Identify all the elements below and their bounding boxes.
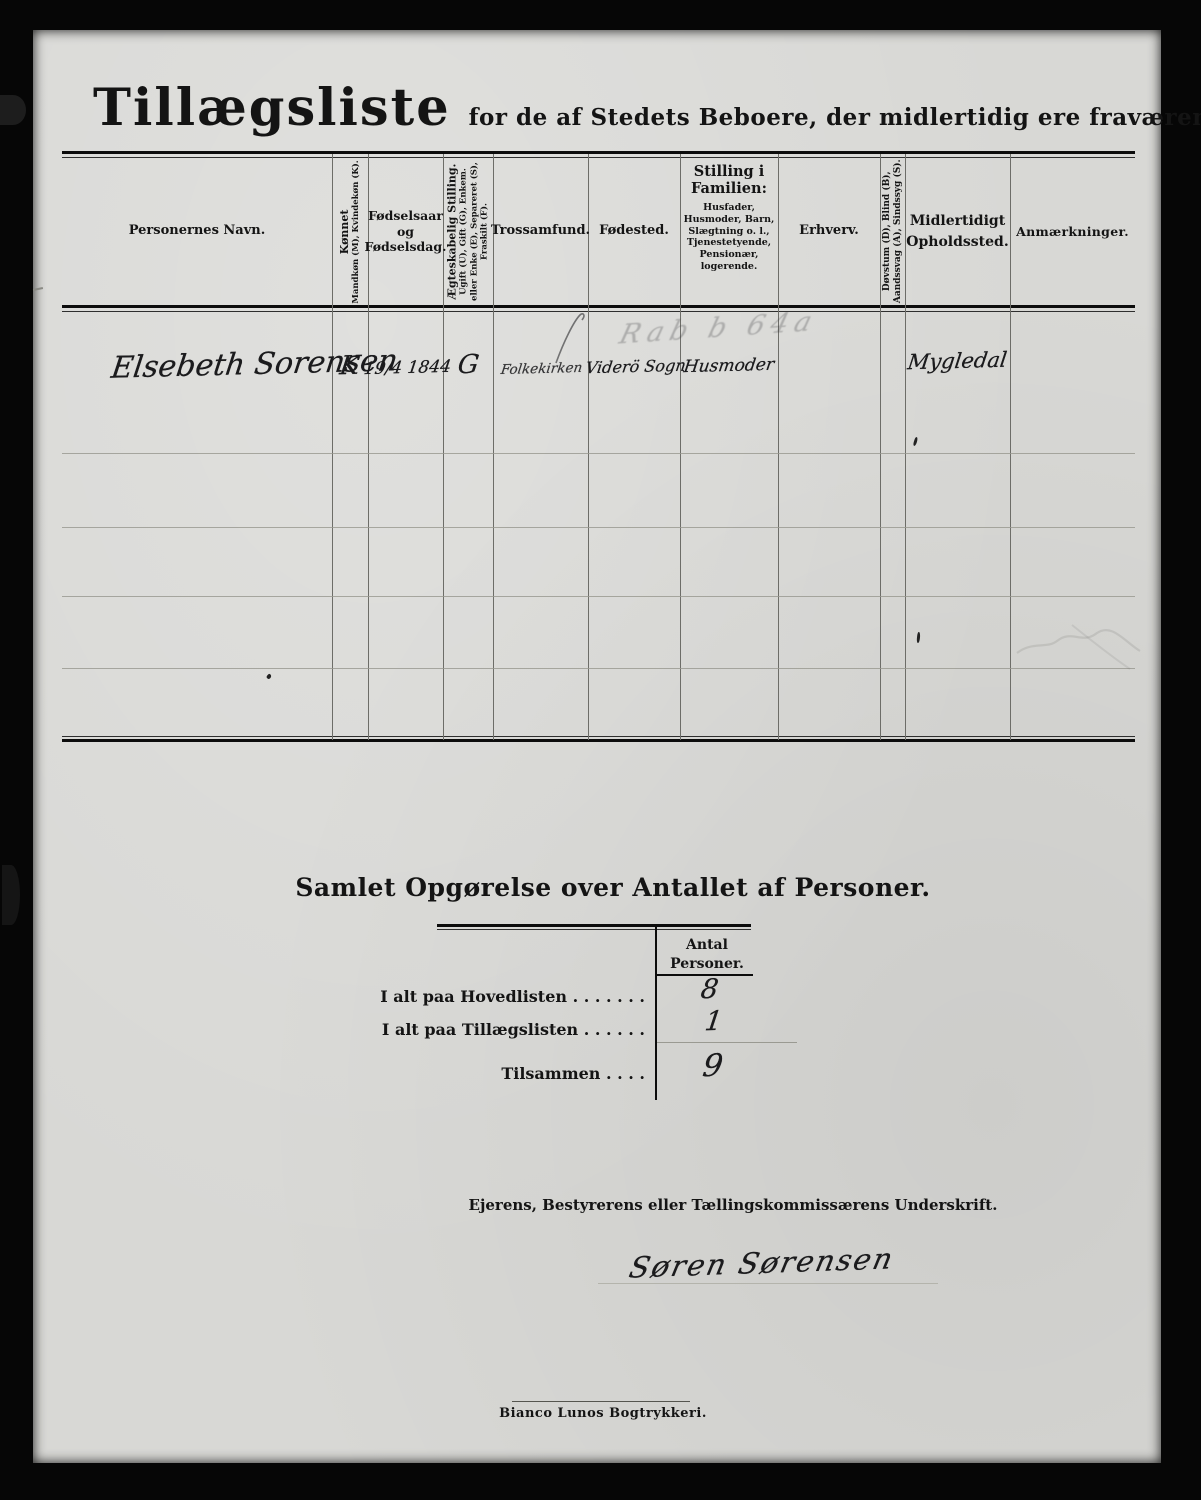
frame-notch: [0, 95, 26, 125]
row-line: [62, 453, 1135, 454]
table-bottom-rule: [62, 739, 1135, 742]
margin-mark: [33, 287, 43, 291]
summary-row-tillaegslisten-label: I alt paa Tillægslisten . . . . . .: [225, 1020, 645, 1039]
row1-religion-cell: Folkekirken: [496, 361, 588, 377]
header-marital: Ægteskabelig Stilling. Ugift (U), Gift (…: [443, 158, 493, 305]
summary-value-tilsammen: 9: [703, 1048, 723, 1084]
scan-background: Tillægsliste for de af Stedets Beboere, …: [0, 0, 1201, 1500]
summary-value-hovedlisten: 8: [701, 974, 718, 1005]
table-top-rule: [62, 151, 1135, 154]
document-page: Tillægsliste for de af Stedets Beboere, …: [33, 30, 1161, 1463]
signature-label: Ejerens, Bestyrerens eller Tællingskommi…: [433, 1196, 1033, 1214]
row1-religion: Folkekirken: [500, 360, 583, 378]
printer-rule: [512, 1401, 690, 1402]
row1-marital-cell: G: [443, 350, 493, 380]
header-bottom-rule-thin: [62, 311, 1135, 312]
summary-col-header: Antal Personer.: [657, 936, 757, 974]
census-table: Personernes Navn. Kønnet Mandkøn (M), Kv…: [62, 151, 1135, 743]
row1-family-position: Husmoder: [683, 355, 776, 377]
row1-name-cell: Elsebeth Sorensen: [112, 347, 332, 382]
summary-top-rule: [437, 924, 751, 927]
header-birth-label: Fødselsaar og Fødselsdag.: [365, 208, 447, 255]
signature-name: Søren Sørensen: [631, 1246, 893, 1280]
ink-speck: [266, 673, 272, 679]
header-name-label: Personernes Navn.: [129, 223, 266, 239]
ink-speck: [916, 632, 920, 643]
header-family: Stilling i Familien: Husfader, Husmoder,…: [680, 163, 778, 305]
summary-top-rule-thin: [437, 929, 751, 930]
signature-line: [598, 1283, 938, 1284]
header-bottom-rule: [62, 305, 1135, 308]
page-title: Tillægsliste for de af Stedets Beboere, …: [93, 78, 1133, 138]
header-religion-label: Trossamfund.: [491, 223, 590, 239]
header-occupation-label: Erhverv.: [799, 223, 859, 239]
header-temporary-residence: Midlertidigt Opholdssted.: [905, 158, 1010, 305]
row1-family-cell: Husmoder: [678, 356, 780, 376]
header-sex-line2: Mandkøn (M), Kvindekøn (K).: [351, 157, 362, 307]
table-bottom-rule-thin: [62, 736, 1135, 737]
row1-marital: G: [456, 350, 481, 381]
header-religion: Trossamfund.: [493, 158, 588, 305]
printer-name: Bianco Lunos Bogtrykkeri.: [413, 1406, 793, 1421]
row1-temporary-residence: Mygledal: [906, 348, 1008, 375]
summary-row-hovedlisten-label: I alt paa Hovedlisten . . . . . . .: [225, 987, 645, 1006]
row1-birthplace-cell: Viderö Sogn: [586, 357, 682, 376]
row1-birthplace: Viderö Sogn: [585, 356, 687, 378]
summary-row-tilsammen-label: Tilsammen . . . .: [225, 1064, 645, 1083]
header-name: Personernes Navn.: [62, 158, 332, 305]
row1-sex: K: [338, 351, 361, 381]
pencil-scribble: [1012, 611, 1162, 671]
row1-birth: 19/4 1844: [363, 357, 453, 379]
pen-flourish: [550, 311, 590, 366]
header-birthplace: Fødested.: [588, 158, 680, 305]
header-birthplace-label: Fødested.: [599, 223, 669, 239]
header-marital-line1: Ægteskabelig Stilling.: [445, 157, 458, 307]
pencil-note: Rab b 64a: [616, 306, 821, 350]
header-sex: Kønnet Mandkøn (M), Kvindekøn (K).: [332, 158, 368, 305]
row1-temporary-residence-cell: Mygledal: [905, 349, 1010, 373]
header-marital-line2: Ugift (U), Gift (G), Enkem. eller Enke (…: [459, 157, 491, 307]
row-line: [62, 527, 1135, 528]
header-family-line2: Husfader, Husmoder, Barn, Slægtning o. l…: [680, 202, 778, 273]
header-disability: Døvstum (D), Blind (B), Aandssvag (A), S…: [880, 158, 905, 305]
header-remarks: Anmærkninger.: [1010, 158, 1135, 305]
summary-value-tillaegslisten: 1: [705, 1006, 722, 1037]
row1-birth-cell: 19/4 1844: [364, 358, 446, 378]
frame-notch: [2, 865, 20, 925]
header-temporary-residence-label: Midlertidigt Opholdssted.: [905, 211, 1010, 253]
header-disability-label: Døvstum (D), Blind (B), Aandssvag (A), S…: [881, 157, 904, 307]
header-sex-line1: Kønnet: [338, 157, 351, 307]
row-line: [62, 668, 1135, 669]
header-birth: Fødselsaar og Fødselsdag.: [368, 158, 443, 305]
header-family-line1: Stilling i Familien:: [680, 163, 778, 198]
summary-mid-rule: [657, 1042, 797, 1043]
header-occupation: Erhverv.: [778, 158, 880, 305]
title-main: Tillægsliste: [93, 78, 451, 138]
header-remarks-label: Anmærkninger.: [1016, 224, 1129, 240]
ink-speck: [913, 437, 919, 446]
row-line: [62, 596, 1135, 597]
summary-title: Samlet Opgørelse over Antallet af Person…: [283, 873, 943, 902]
title-subtitle: for de af Stedets Beboere, der midlertid…: [469, 104, 1201, 131]
